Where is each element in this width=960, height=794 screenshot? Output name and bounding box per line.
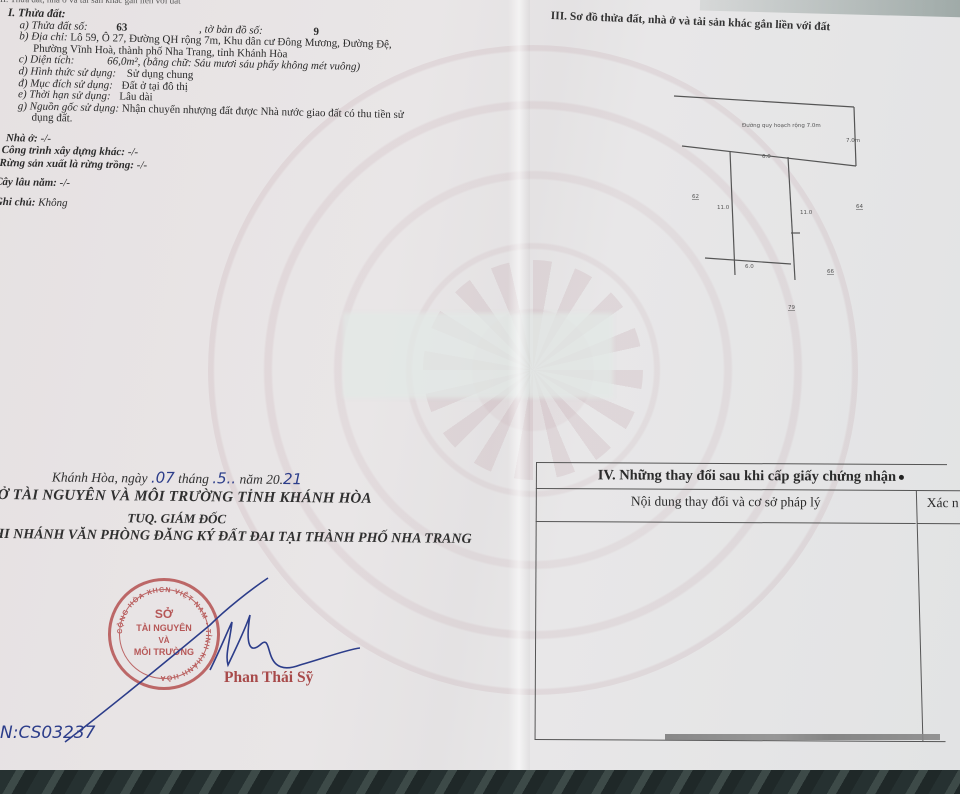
date-day: .07 <box>151 469 175 487</box>
certificate-sheet: II. Thửa đất, nhà ở và tài sản khác gắn … <box>0 0 960 775</box>
asset-label: Cây lâu năm: <box>0 176 57 189</box>
signer-name: Phan Thái Sỹ <box>224 669 313 687</box>
asset-planted-forest: Rừng sản xuất là rừng trồng: -/- <box>0 157 147 172</box>
neighbor-79: 79 <box>788 305 795 311</box>
handwritten-signature <box>60 570 360 745</box>
bullet-dot <box>899 475 904 480</box>
right-edge-label: 11.0 <box>800 210 813 216</box>
asset-value: -/- <box>128 147 139 159</box>
asset-label: Nhà ở: <box>6 132 38 145</box>
left-edge-label: 11.0 <box>717 205 730 211</box>
page-fold <box>508 0 530 775</box>
neighbor-66: 66 <box>827 269 834 275</box>
neighbor-62: 62 <box>692 194 699 200</box>
redaction-bar <box>665 734 940 740</box>
section4-title-text: IV. Những thay đổi sau khi cấp giấy chứn… <box>598 467 896 485</box>
top-section-heading: II. Thửa đất, nhà ở và tài sản khác gắn … <box>0 0 460 8</box>
confirm-line1: Xác n <box>927 495 960 511</box>
signer-role: TUQ. GIÁM ĐỐC <box>127 510 226 527</box>
column-header-confirm: Xác n có <box>917 491 960 524</box>
date-month: .5.. <box>212 469 236 487</box>
column-header-content: Nội dung thay đổi và cơ sở pháp lý <box>536 489 916 524</box>
address-label: b) Địa chỉ: <box>19 30 68 43</box>
road-width-label: 7.0m <box>846 138 860 144</box>
month-label: tháng <box>178 471 209 486</box>
neighbor-64: 64 <box>856 204 863 210</box>
asset-value: -/- <box>137 159 148 171</box>
bottom-edge-label: 6.0 <box>745 264 754 270</box>
top-edge-label: 6.0 <box>762 154 771 160</box>
redacted-area <box>343 313 613 398</box>
road-label: Đường quy hoạch rộng 7.0m <box>742 122 821 129</box>
background-surface <box>0 770 960 794</box>
asset-value: -/- <box>59 177 70 189</box>
parcel-diagram: Đường quy hoạch rộng 7.0m 7.0m 6.0 11.0 … <box>660 80 890 330</box>
asset-label: Ghi chú: <box>0 196 36 209</box>
issuing-org: Ở TÀI NGUYÊN VÀ MÔI TRƯỜNG TỈNH KHÁNH HÒ… <box>0 487 372 508</box>
confirm-line2: có <box>927 511 960 524</box>
year-label: năm 20. <box>239 472 283 487</box>
asset-value: Không <box>38 196 68 209</box>
top-right-shadow <box>700 0 960 18</box>
changes-body-empty <box>536 523 915 738</box>
section4-title: IV. Những thay đổi sau khi cấp giấy chứn… <box>536 462 960 491</box>
changes-table: IV. Những thay đổi sau khi cấp giấy chứn… <box>535 462 960 742</box>
other-assets-list: Nhà ở: -/- Công trình xây dựng khác: -/-… <box>0 132 148 211</box>
section3-title: III. Sơ đồ thửa đất, nhà ở và tài sản kh… <box>551 10 831 33</box>
asset-label: Rừng sản xuất là rừng trồng: <box>0 157 134 171</box>
land-parcel-info: I. Thửa đất: a) Thửa đất số: 63 , tờ bản… <box>5 8 508 135</box>
asset-value: -/- <box>40 133 51 145</box>
date-year: 21 <box>283 470 302 488</box>
date-prefix: Khánh Hòa, ngày <box>52 470 148 486</box>
asset-perennial-trees: Cây lâu năm: -/- <box>0 176 147 191</box>
issue-date: Khánh Hòa, ngày .07 tháng .5.. năm 20.21 <box>52 468 302 489</box>
certificate-serial: N:CS03237 <box>0 723 96 743</box>
asset-note: Ghi chú: Không <box>0 196 147 211</box>
